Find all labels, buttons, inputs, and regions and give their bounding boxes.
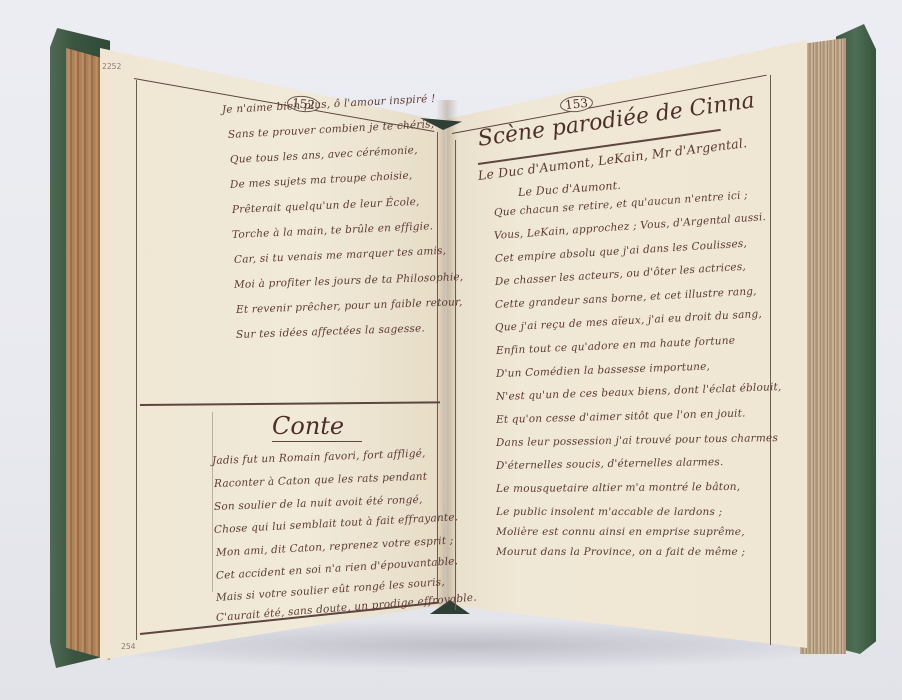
left-frame-left-rule [136,80,137,640]
right-frame-right-rule [770,75,771,645]
verse-line: Mourut dans la Province, on a fait de mê… [496,546,745,558]
verse-line: Le mousquetaire altier m'a montré le bât… [496,481,740,495]
verse-line: Molière est connu ainsi en emprise suprê… [496,526,745,538]
right-frame-left-rule [455,140,456,610]
conte-title: Conte [272,412,344,440]
verse-line: Le public insolent m'accable de lardons … [496,506,722,518]
conte-underline [272,441,362,442]
catalog-number-top: 2252 [102,62,121,71]
catalog-number-bottom: 254 [121,642,135,651]
left-frame-right-rule [437,132,438,602]
manuscript-photo: 2252 254 152 153 Je n'aime bien plus, ô … [0,0,902,700]
